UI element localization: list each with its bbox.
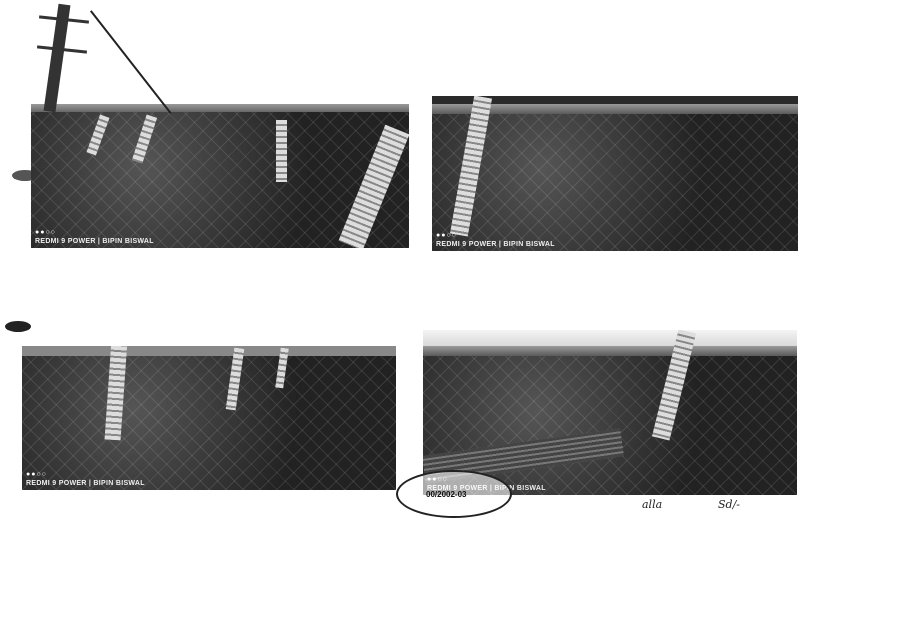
camera-indicator: ●●○○ <box>436 232 457 239</box>
stamp-text: 00/2002-03 <box>426 490 466 499</box>
photo-watermark: REDMI 9 POWER | BIPIN BISWAL <box>26 480 145 487</box>
camera-indicator: ●●○○ <box>35 229 56 236</box>
signature-right: Sd/- <box>718 498 740 511</box>
signature-left: alla <box>642 498 662 511</box>
photo-bottom-left: ●●○○ REDMI 9 POWER | BIPIN BISWAL <box>22 346 396 490</box>
photo-bottom-right: ●●○○ REDMI 9 POWER | BIPIN BISWAL <box>423 330 797 495</box>
camera-indicator: ●●○○ <box>26 471 47 478</box>
punch-hole <box>5 321 31 332</box>
photo-watermark: REDMI 9 POWER | BIPIN BISWAL <box>436 241 555 248</box>
photo-top-right: ●●○○ REDMI 9 POWER | BIPIN BISWAL <box>432 96 798 251</box>
photo-top-left: ●●○○ REDMI 9 POWER | BIPIN BISWAL <box>31 0 409 248</box>
official-stamp: 00/2002-03 <box>396 470 512 518</box>
photo-watermark: REDMI 9 POWER | BIPIN BISWAL <box>35 238 154 245</box>
